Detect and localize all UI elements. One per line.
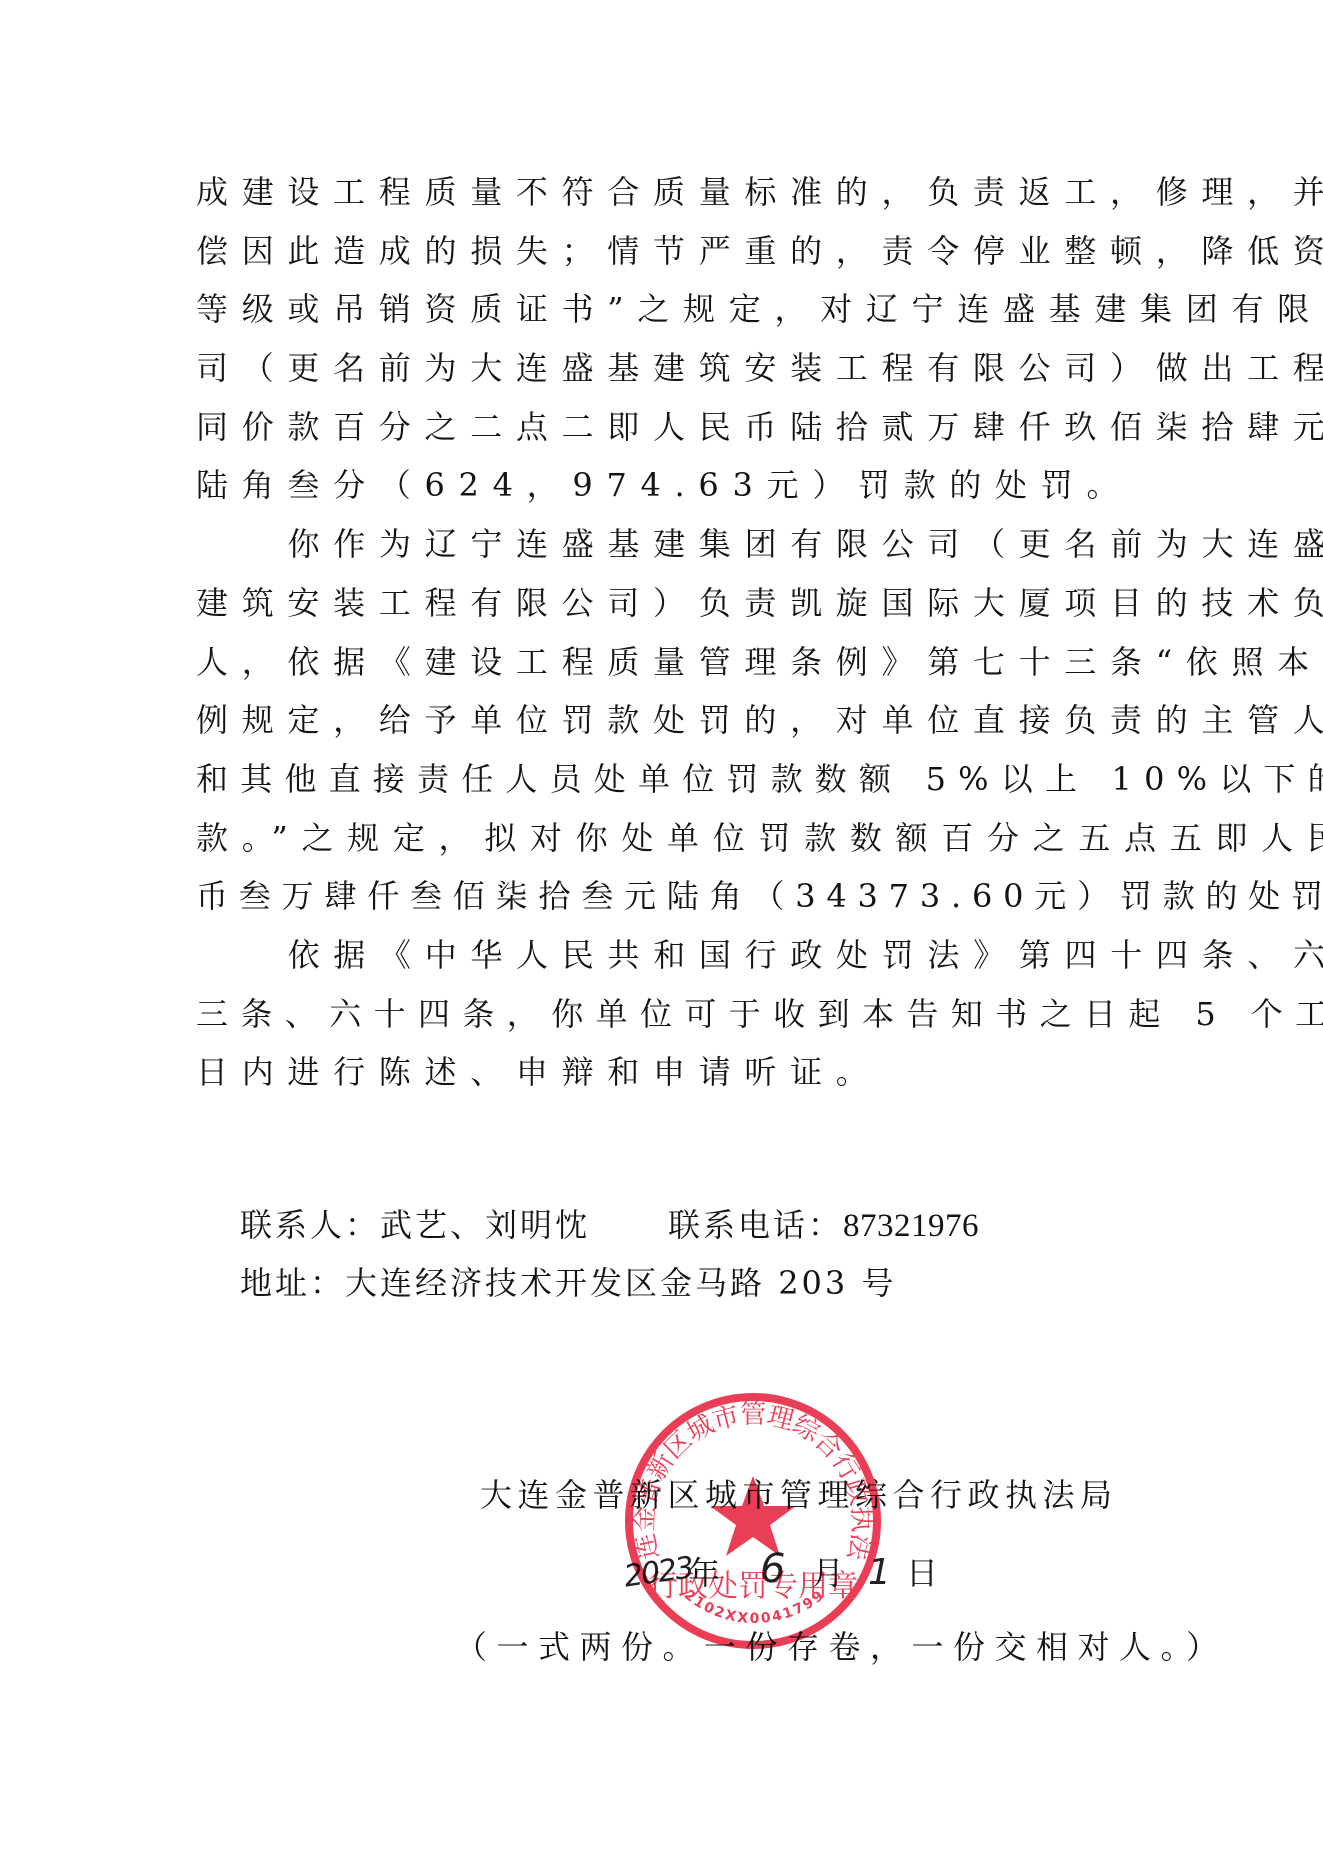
- contact-phone: 联系电话：87321976: [668, 1196, 979, 1255]
- contact-block: 联系人：武艺、刘明忱 联系电话：87321976 地址：大连经济技术开发区金马路…: [240, 1196, 896, 1312]
- text-line: 陆角叁分（624，974.63元）罚款的处罚。: [196, 456, 1126, 515]
- copies-note: （一式两份。一份存卷，一份交相对人。）: [455, 1620, 1228, 1674]
- date-year: 2023: [621, 1542, 696, 1605]
- text-line: 同价款百分之二点二即人民币陆拾贰万肆仟玖佰柒拾肆元: [196, 398, 1126, 457]
- text-line: 建筑安装工程有限公司）负责凯旋国际大厦项目的技术负责: [196, 574, 1126, 633]
- date-month-unit: 月: [812, 1546, 844, 1600]
- text-line: 偿因此造成的损失；情节严重的，责令停业整顿，降低资质: [196, 222, 1126, 281]
- contact-person-label: 联系人：: [240, 1206, 380, 1244]
- paragraph-1: 成建设工程质量不符合质量标准的，负责返工，修理，并赔 偿因此造成的损失；情节严重…: [196, 163, 1126, 515]
- date-month: 6: [760, 1542, 785, 1596]
- issue-date: 2023 年 6 月 1 日: [600, 1546, 1160, 1600]
- contact-person-value: 武艺、刘明忱: [380, 1206, 590, 1244]
- text-line: 你作为辽宁连盛基建集团有限公司（更名前为大连盛基: [196, 515, 1126, 574]
- address-value: 大连经济技术开发区金马路 203 号: [345, 1264, 896, 1302]
- issuer-name: 大连金普新区城市管理综合行政执法局: [480, 1468, 1118, 1522]
- text-line: 和其他直接责任人员处单位罚款数额 5%以上 10%以下的罚: [196, 750, 1126, 809]
- document-page: 成建设工程质量不符合质量标准的，负责返工，修理，并赔 偿因此造成的损失；情节严重…: [0, 0, 1323, 1871]
- text-line: 日内进行陈述、申辩和申请听证。: [196, 1043, 1126, 1102]
- address-label: 地址：: [240, 1264, 345, 1302]
- date-year-unit: 年: [688, 1546, 720, 1600]
- contact-phone-label: 联系电话：: [668, 1206, 843, 1244]
- text-line: 例规定，给予单位罚款处罚的，对单位直接负责的主管人员: [196, 691, 1126, 750]
- address-row: 地址：大连经济技术开发区金马路 203 号: [240, 1254, 896, 1312]
- text-line: 司（更名前为大连盛基建筑安装工程有限公司）做出工程合: [196, 339, 1126, 398]
- paragraph-3: 依据《中华人民共和国行政处罚法》第四十四条、六十 三条、六十四条，你单位可于收到…: [196, 926, 1126, 1102]
- text-line: 成建设工程质量不符合质量标准的，负责返工，修理，并赔: [196, 163, 1126, 222]
- text-line: 依据《中华人民共和国行政处罚法》第四十四条、六十: [196, 926, 1126, 985]
- body-text: 成建设工程质量不符合质量标准的，负责返工，修理，并赔 偿因此造成的损失；情节严重…: [196, 163, 1126, 1102]
- text-line: 款。”之规定，拟对你处单位罚款数额百分之五点五即人民: [196, 809, 1126, 868]
- date-day-unit: 日: [906, 1546, 938, 1600]
- text-line: 人，依据《建设工程质量管理条例》第七十三条“依照本条: [196, 633, 1126, 692]
- text-line: 三条、六十四条，你单位可于收到本告知书之日起 5 个工作: [196, 985, 1126, 1044]
- text-line: 等级或吊销资质证书”之规定，对辽宁连盛基建集团有限公: [196, 280, 1126, 339]
- text-line: 币叁万肆仟叁佰柒拾叁元陆角（34373.60元）罚款的处罚。: [196, 867, 1126, 926]
- contact-row: 联系人：武艺、刘明忱 联系电话：87321976: [240, 1196, 896, 1254]
- contact-phone-value: 87321976: [843, 1208, 979, 1244]
- paragraph-2: 你作为辽宁连盛基建集团有限公司（更名前为大连盛基 建筑安装工程有限公司）负责凯旋…: [196, 515, 1126, 926]
- date-day: 1: [868, 1546, 891, 1600]
